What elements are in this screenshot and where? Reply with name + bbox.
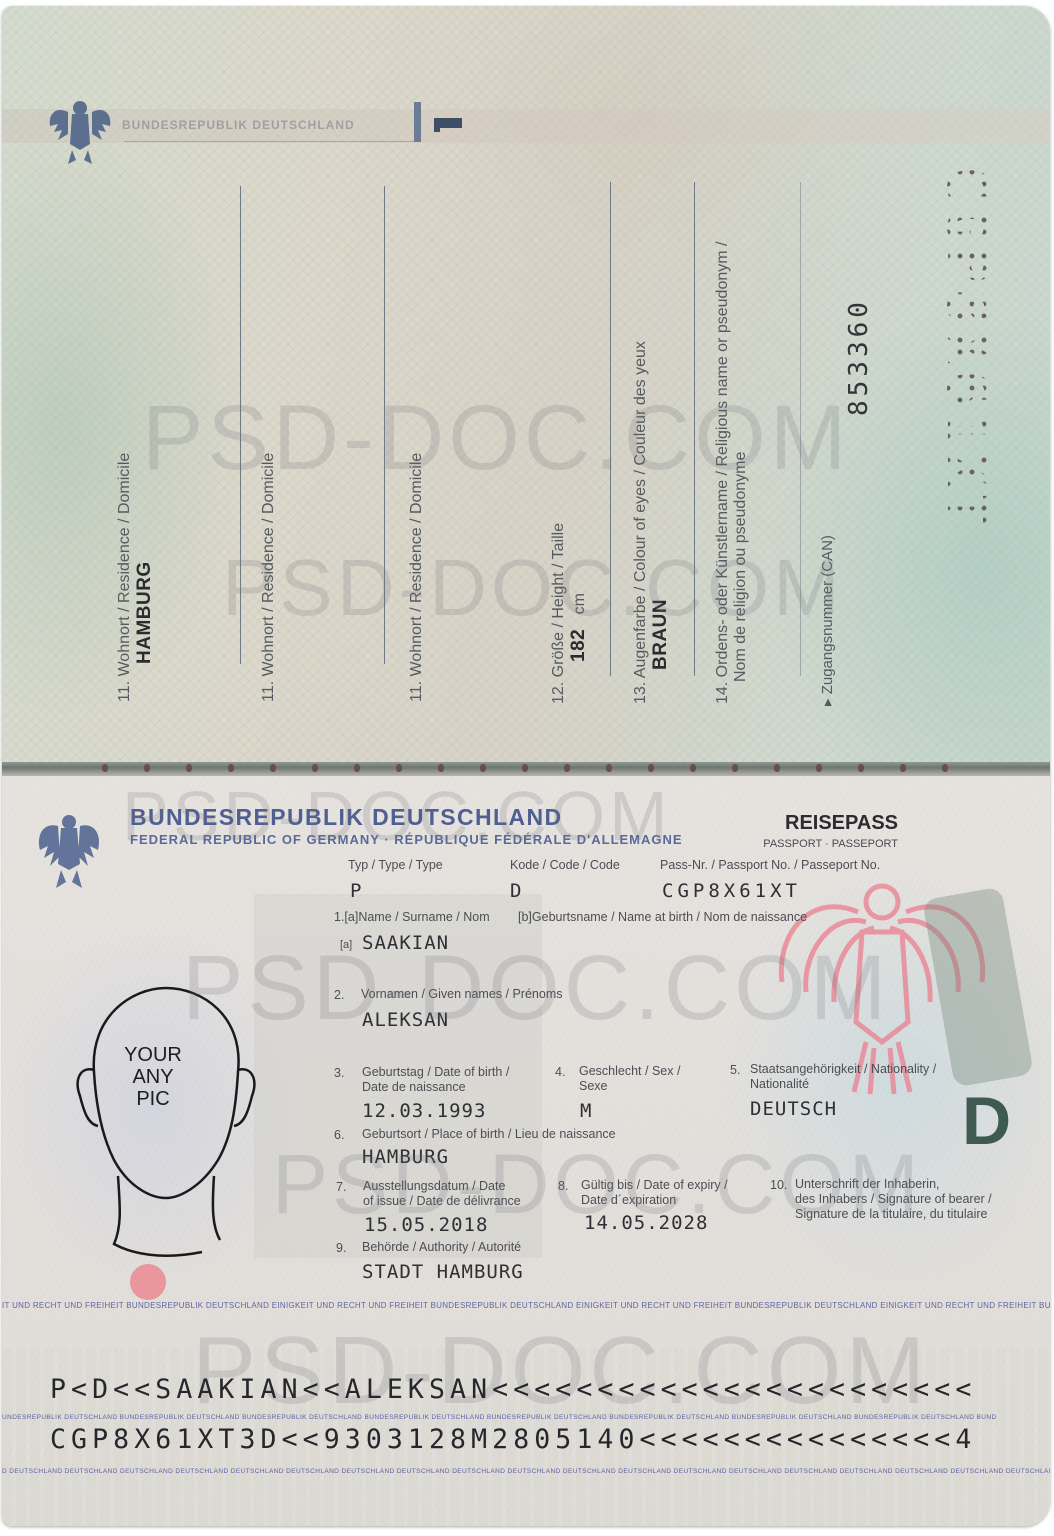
stitch-mark <box>522 764 528 772</box>
stitch-mark <box>900 764 906 772</box>
nationality-label-2: Nationalité <box>750 1077 809 1092</box>
expiry-label-2: Date d´expiration <box>581 1193 676 1208</box>
signature-label-3: Signature de la titulaire, du titulaire <box>795 1207 987 1222</box>
endorsement-page: BUNDESREPUBLIK DEUTSCHLAND 11. Wohnort /… <box>2 6 1050 762</box>
divider <box>694 182 695 676</box>
band-text: BUNDESREPUBLIK DEUTSCHLAND <box>122 118 355 132</box>
stitch-mark <box>438 764 444 772</box>
stitch-mark <box>396 764 402 772</box>
residence-label: 11. Wohnort / Residence / Domicile <box>260 453 278 702</box>
issue-value: 15.05.2018 <box>364 1214 488 1236</box>
height-value: 182 <box>568 629 589 662</box>
surname-value: SAAKIAN <box>362 932 449 954</box>
divider <box>240 186 241 664</box>
stitch-mark <box>270 764 276 772</box>
federal-eagle-icon <box>34 808 104 892</box>
type-label: Typ / Type / Type <box>348 858 443 873</box>
can-value: 853360 <box>844 298 874 416</box>
residence-label: 11. Wohnort / Residence / Domicile <box>408 453 426 702</box>
nationality-number: 5. <box>730 1063 740 1077</box>
height-label: 12. Größe / Height / Taille <box>550 523 568 704</box>
security-wave-text: IT UND RECHT UND FREIHEIT BUNDESREPUBLIK… <box>2 1301 1050 1310</box>
stitch-mark <box>858 764 864 772</box>
height-value-row: 182 cm <box>568 523 590 662</box>
stitch-mark <box>564 764 570 772</box>
signature-number: 10. <box>770 1178 787 1192</box>
residence-value: HAMBURG <box>134 453 156 664</box>
stitch-mark <box>816 764 822 772</box>
dob-label-2: Date de naissance <box>362 1080 466 1095</box>
given-names-number: 2. <box>334 988 344 1002</box>
authority-value: STADT HAMBURG <box>362 1261 524 1283</box>
birth-place-label: Geburtsort / Place of birth / Lieu de na… <box>362 1127 616 1142</box>
stitch-mark <box>144 764 150 772</box>
page-number-marker <box>434 118 462 128</box>
perforated-passport-number: CGP8X61XT <box>934 166 1002 534</box>
country-letter: D <box>962 1082 1011 1160</box>
birth-place-value: HAMBURG <box>362 1146 449 1168</box>
stitch-mark <box>648 764 654 772</box>
divider <box>800 182 801 676</box>
issue-label-1: Ausstellungsdatum / Date <box>363 1179 505 1194</box>
birth-place-number: 6. <box>334 1128 344 1142</box>
photo-placeholder-icon <box>62 976 262 1296</box>
expiry-label-1: Gültig bis / Date of expiry / <box>581 1178 728 1193</box>
security-dot <box>130 1264 166 1300</box>
divider <box>384 186 385 664</box>
surname-label: 1.[a]Name / Surname / Nom <box>334 910 490 925</box>
stitch-mark <box>228 764 234 772</box>
stitch-mark <box>186 764 192 772</box>
code-value: D <box>510 880 522 902</box>
issue-number: 7. <box>336 1180 346 1194</box>
micro-text: D DEUTSCHLAND DEUTSCHLAND DEUTSCHLAND DE… <box>2 1468 1050 1475</box>
micro-text: UNDESREPUBLIK DEUTSCHLAND BUNDESREPUBLIK… <box>2 1414 1050 1421</box>
stitch-mark <box>312 764 318 772</box>
sex-value: M <box>580 1100 592 1122</box>
page-tag <box>414 102 421 142</box>
religious-name-field: 14. Ordens- oder Künstlername / Religiou… <box>714 242 750 704</box>
micro-line <box>124 141 420 142</box>
divider <box>610 182 611 676</box>
surname-marker: [a] <box>340 938 352 953</box>
nationality-value: DEUTSCH <box>750 1098 837 1120</box>
stitch-mark <box>690 764 696 772</box>
eye-colour-value: BRAUN <box>650 341 672 670</box>
country-name-de: BUNDESREPUBLIK DEUTSCHLAND <box>130 804 563 831</box>
passport-no-value: CGP8X61XT <box>662 880 801 902</box>
photo-text-line: ANY <box>98 1066 208 1088</box>
country-name-en-fr: FEDERAL REPUBLIC OF GERMANY · RÉPUBLIQUE… <box>130 832 683 847</box>
religious-name-label-2: Nom de religion ou pseudonyme <box>732 242 750 682</box>
expiry-value: 14.05.2028 <box>584 1212 708 1234</box>
stitch-mark <box>102 764 108 772</box>
mrz-line-1: P<D<<SAAKIAN<<ALEKSAN<<<<<<<<<<<<<<<<<<<… <box>50 1374 976 1405</box>
signature-label-1: Unterschrift der Inhaberin, <box>795 1177 940 1192</box>
photo-placeholder-text: YOUR ANY PIC <box>98 1044 208 1110</box>
federal-eagle-icon <box>44 94 116 168</box>
height-field: 12. Größe / Height / Taille 182 cm <box>550 523 590 704</box>
residence-field-3: 11. Wohnort / Residence / Domicile <box>408 453 426 702</box>
dob-value: 12.03.1993 <box>362 1100 486 1122</box>
type-value: P <box>350 880 362 902</box>
stitch-mark <box>480 764 486 772</box>
stitch-mark <box>354 764 360 772</box>
stitch-mark <box>774 764 780 772</box>
stitch-mark <box>942 764 948 772</box>
given-names-value: ALEKSAN <box>362 1009 449 1031</box>
residence-field-1: 11. Wohnort / Residence / Domicile HAMBU… <box>116 453 156 702</box>
eye-colour-field: 13. Augenfarbe / Colour of eyes / Couleu… <box>632 341 672 704</box>
dob-number: 3. <box>334 1066 344 1080</box>
can-label: ▸ Zugangsnummer (CAN) <box>818 535 836 706</box>
photo-text-line: YOUR <box>98 1044 208 1066</box>
passport-booklet: BUNDESREPUBLIK DEUTSCHLAND 11. Wohnort /… <box>2 6 1050 1526</box>
sex-label-1: Geschlecht / Sex / <box>579 1064 680 1079</box>
passport-no-label: Pass-Nr. / Passport No. / Passeport No. <box>660 858 880 873</box>
code-label: Kode / Code / Code <box>510 858 620 873</box>
expiry-number: 8. <box>558 1179 568 1193</box>
eye-colour-label: 13. Augenfarbe / Colour of eyes / Couleu… <box>632 341 650 704</box>
stitch-mark <box>732 764 738 772</box>
signature-label-2: des Inhabers / Signature of bearer / <box>795 1192 992 1207</box>
issue-label-2: of issue / Date de délivrance <box>363 1194 521 1209</box>
birth-name-label: [b]Geburtsname / Name at birth / Nom de … <box>518 910 807 925</box>
residence-label: 11. Wohnort / Residence / Domicile <box>116 453 134 702</box>
stitch-mark <box>606 764 612 772</box>
authority-label: Behörde / Authority / Autorité <box>362 1240 521 1255</box>
religious-name-label-1: 14. Ordens- oder Künstlername / Religiou… <box>714 242 732 704</box>
residence-field-2: 11. Wohnort / Residence / Domicile <box>260 453 278 702</box>
mrz-line-2: CGP8X61XT3D<<9303128M2805140<<<<<<<<<<<<… <box>50 1424 976 1455</box>
dob-label-1: Geburtstag / Date of birth / <box>362 1065 509 1080</box>
sex-number: 4. <box>555 1065 565 1079</box>
can-field: ▸ Zugangsnummer (CAN) <box>818 535 836 706</box>
data-page: BUNDESREPUBLIK DEUTSCHLAND FEDERAL REPUB… <box>2 776 1050 1526</box>
height-unit: cm <box>571 593 588 614</box>
nationality-label-1: Staatsangehörigkeit / Nationality / <box>750 1062 936 1077</box>
document-title: REISEPASS <box>785 812 898 835</box>
sex-label-2: Sexe <box>579 1079 608 1094</box>
document-subtitle: PASSPORT · PASSEPORT <box>763 838 898 850</box>
given-names-label: Vornamen / Given names / Prénoms <box>361 987 562 1002</box>
can-value-wrap: 853360 <box>844 298 874 416</box>
photo-text-line: PIC <box>98 1088 208 1110</box>
authority-number: 9. <box>336 1241 346 1255</box>
